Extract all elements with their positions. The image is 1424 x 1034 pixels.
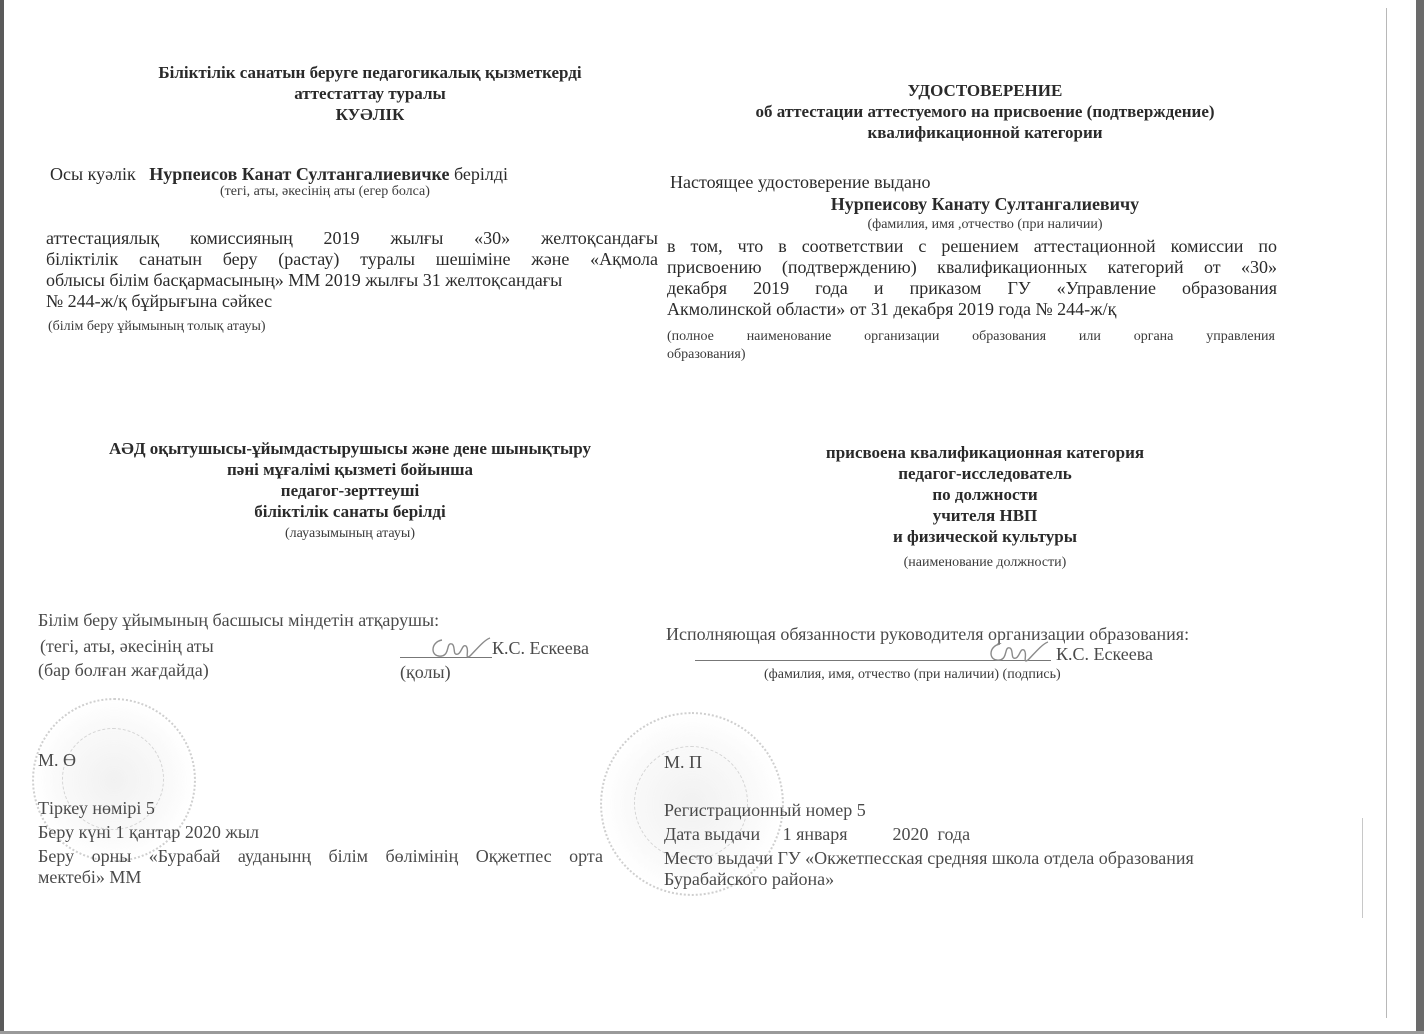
kz-issued-to: Осы куәлік Нурпеисов Канат Султангалиеви… — [50, 164, 670, 185]
kz-reg-number: Тіркеу нөмірі 5 — [38, 798, 155, 819]
kz-issue-place-line1: Беру орны «Бурабай ауданынң білім бөлімі… — [38, 846, 603, 867]
ru-category-caption: (наименование должности) — [660, 554, 1310, 572]
ru-category-line5: и физической культуры — [660, 526, 1310, 547]
kz-head-caption2: (бар болған жағдайда) — [38, 660, 209, 681]
ru-basis-line3: декабря 2019 года и приказом ГУ «Управле… — [667, 278, 1277, 299]
kz-basis-line3: облысы білім басқармасының» ММ 2019 жылғ… — [46, 270, 658, 291]
fold-mark — [1362, 818, 1363, 918]
ru-title-line3: квалификационной категории — [660, 122, 1310, 143]
kz-basis-line4: № 244-ж/қ бұйрығына сәйкес — [46, 291, 658, 312]
ru-title-line1: УДОСТОВЕРЕНИЕ — [660, 80, 1310, 101]
ru-stamp-label: М. П — [664, 752, 702, 773]
kz-issued-suffix: берілді — [454, 164, 508, 184]
ru-basis-line1: в том, что в соответствии с решением атт… — [667, 236, 1277, 257]
ru-head-title: Исполняющая обязанности руководителя орг… — [666, 624, 1189, 645]
ru-basis: в том, что в соответствии с решением атт… — [667, 236, 1277, 320]
ru-signature-icon — [982, 636, 1052, 668]
ru-basis-line4: Акмолинской области» от 31 декабря 2019 … — [667, 299, 1277, 320]
ru-basis-caption2: образования) — [667, 346, 1275, 364]
ru-issue-date: Дата выдачи 1 января 2020 года — [664, 824, 970, 845]
ru-issue-place-line1: Место выдачи ГУ «Окжетпесская средняя шк… — [664, 848, 1284, 869]
ru-issued-prefix: Настоящее удостоверение выдано — [670, 172, 930, 193]
kz-position-line4: біліктілік санаты берілді — [40, 501, 660, 522]
kz-signature-caption: (қолы) — [400, 662, 451, 683]
ru-category-line4: учителя НВП — [660, 505, 1310, 526]
kz-issued-prefix: Осы куәлік — [50, 164, 136, 184]
kz-position-line3: педагог-зерттеуші — [40, 480, 660, 501]
ru-basis-line2: присвоению (подтверждению) квалификацион… — [667, 257, 1277, 278]
kz-signature-icon — [424, 632, 494, 664]
scan-edge-right — [1416, 0, 1424, 1034]
ru-title: УДОСТОВЕРЕНИЕ об аттестации аттестуемого… — [660, 80, 1310, 143]
ru-head-name: К.С. Ескеева — [1056, 644, 1153, 665]
ru-category-line1: присвоена квалификационная категория — [660, 442, 1310, 463]
kz-stamp-label: М. Ө — [38, 750, 76, 771]
kz-recipient-name: Нурпеисов Канат Султангалиевичке — [149, 164, 449, 184]
kz-head-caption1: (тегі, аты, әкесінің аты — [40, 636, 214, 657]
ru-category: присвоена квалификационная категория пед… — [660, 442, 1310, 547]
kz-position-line1: АӘД оқытушысы-ұйымдастырушысы және дене … — [40, 438, 660, 459]
kz-basis-line2: біліктілік санатын беру (растау) туралы … — [46, 249, 658, 270]
scan-edge-left — [0, 0, 4, 1034]
kz-title-line1: Біліктілік санатын беруге педагогикалық … — [60, 62, 680, 83]
kz-issue-place-line2: мектебі» ММ — [38, 867, 603, 888]
kz-position: АӘД оқытушысы-ұйымдастырушысы және дене … — [40, 438, 660, 522]
kz-title-line2: аттестаттау туралы — [60, 83, 680, 104]
fold-line — [1386, 8, 1387, 1018]
kz-position-line2: пәні мұғалімі қызметі бойынша — [40, 459, 660, 480]
ru-category-line3: по должности — [660, 484, 1310, 505]
ru-recipient-name: Нурпеисову Канату Султангалиевичу — [660, 194, 1310, 215]
kz-basis-caption: (білім беру ұйымының толық атауы) — [48, 318, 266, 336]
kz-title-line3: КУӘЛІК — [60, 104, 680, 125]
kz-basis: аттестациялық комиссияның 2019 жылғы «30… — [46, 228, 658, 312]
ru-basis-caption1: (полное наименование организации образов… — [667, 328, 1275, 346]
kz-position-caption: (лауазымының атауы) — [40, 525, 660, 543]
ru-category-line2: педагог-исследователь — [660, 463, 1310, 484]
kz-basis-line1: аттестациялық комиссияның 2019 жылғы «30… — [46, 228, 658, 249]
kz-title: Біліктілік санатын беруге педагогикалық … — [60, 62, 680, 125]
kz-issue-date: Беру күні 1 қантар 2020 жыл — [38, 822, 259, 843]
kz-head-name: К.С. Ескеева — [492, 638, 589, 659]
kz-head-title: Білім беру ұйымының басшысы міндетін атқ… — [38, 610, 439, 631]
ru-reg-number: Регистрационный номер 5 — [664, 800, 866, 821]
kz-name-caption: (тегі, аты, әкесінің аты (егер болса) — [220, 183, 430, 201]
ru-name-caption: (фамилия, имя ,отчество (при наличии) — [660, 216, 1310, 234]
ru-head-caption: (фамилия, имя, отчество (при наличии) (п… — [764, 666, 1061, 684]
ru-title-line2: об аттестации аттестуемого на присвоение… — [660, 101, 1310, 122]
ru-issue-place-line2: Бурабайского района» — [664, 869, 1284, 890]
